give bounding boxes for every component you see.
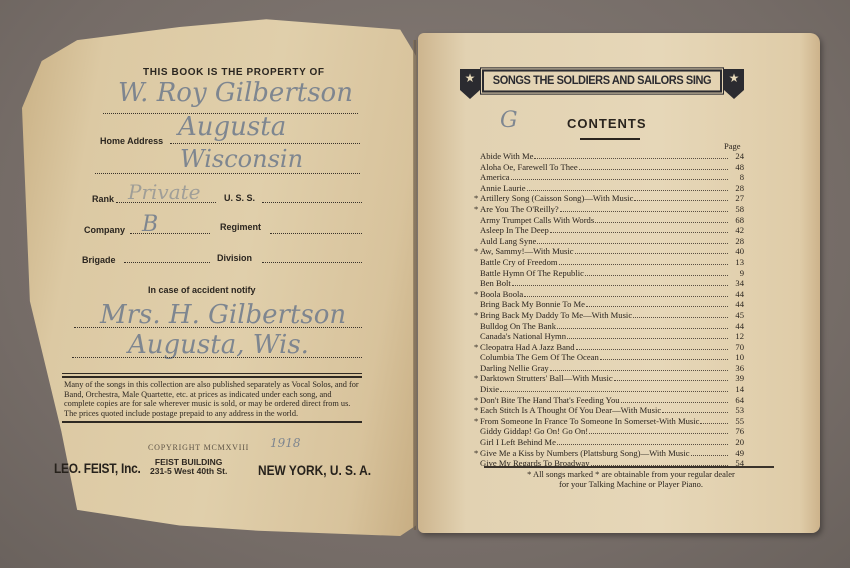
division-label: Division — [217, 253, 252, 263]
dot-leader — [557, 444, 728, 445]
song-page-number: 8 — [730, 172, 744, 183]
song-page-number: 39 — [730, 373, 744, 384]
contents-entry: Giddy Giddap! Go On! Go On!76 — [474, 426, 744, 437]
song-page-number: 45 — [730, 310, 744, 321]
rank-handwriting: Private — [128, 180, 201, 204]
company-line — [130, 233, 210, 234]
building-address: 231-5 West 40th St. — [150, 467, 227, 476]
contents-entry: Girl I Left Behind Me20 — [474, 437, 744, 448]
song-page-number: 48 — [730, 162, 744, 173]
notify-name-line — [74, 327, 362, 328]
contents-heading: CONTENTS — [567, 116, 647, 131]
song-title: Cleopatra Had A Jazz Band — [480, 342, 575, 353]
dot-leader — [595, 222, 728, 223]
home-address-label: Home Address — [100, 136, 163, 146]
book-spine — [413, 40, 417, 530]
contents-entry: Asleep In The Deep42 — [474, 225, 744, 236]
dot-leader — [621, 402, 728, 403]
regiment-label: Regiment — [220, 222, 261, 232]
dot-leader — [579, 169, 728, 170]
song-title: Abide With Me — [480, 151, 533, 162]
year-handwriting: 1918 — [270, 436, 301, 450]
song-page-number: 42 — [730, 225, 744, 236]
publisher-building: FEIST BUILDING 231-5 West 40th St. — [150, 458, 227, 476]
dot-leader — [589, 433, 728, 434]
dot-leader — [614, 380, 728, 381]
dot-leader — [634, 200, 728, 201]
song-title: Asleep In The Deep — [480, 225, 549, 236]
home-address-line2-handwriting: Wisconsin — [180, 145, 303, 173]
song-page-number: 55 — [730, 416, 744, 427]
contents-entry: *Artillery Song (Caisson Song)—With Musi… — [474, 193, 744, 204]
dot-leader — [557, 328, 728, 329]
publisher-city: NEW YORK, U. S. A. — [258, 462, 371, 478]
contents-entry: Abide With Me24 — [474, 151, 744, 162]
pencil-mark: G — [500, 108, 518, 133]
contents-entry: *Darktown Strutters' Ball—With Music39 — [474, 373, 744, 384]
song-page-number: 27 — [730, 193, 744, 204]
song-page-number: 40 — [730, 246, 744, 257]
song-title: Battle Cry of Freedom — [480, 257, 558, 268]
home-address-line1 — [170, 143, 360, 144]
song-page-number: 68 — [730, 215, 744, 226]
dot-leader — [633, 317, 728, 318]
contents-entry: Canada's National Hymn12 — [474, 331, 744, 342]
song-title: Bring Back My Daddy To Me—With Music — [480, 310, 632, 321]
uss-label: U. S. S. — [224, 193, 255, 203]
dot-leader — [511, 179, 728, 180]
song-page-number: 9 — [730, 268, 744, 279]
rank-line — [116, 202, 216, 203]
song-title: Aw, Sammy!—With Music — [480, 246, 574, 257]
dot-leader — [691, 455, 728, 456]
contents-entry: *Give Me a Kiss by Numbers (Plattsburg S… — [474, 448, 744, 459]
rank-label: Rank — [92, 194, 114, 204]
song-page-number: 10 — [730, 352, 744, 363]
contents-entry: *Bring Back My Daddy To Me—With Music45 — [474, 310, 744, 321]
dot-leader — [500, 391, 728, 392]
dot-leader — [575, 253, 728, 254]
brigade-label: Brigade — [82, 255, 116, 265]
song-title: Bulldog On The Bank — [480, 321, 556, 332]
dot-leader — [662, 412, 728, 413]
contents-entry: *Aw, Sammy!—With Music40 — [474, 246, 744, 257]
song-title: Giddy Giddap! Go On! Go On! — [480, 426, 588, 437]
song-page-number: 44 — [730, 299, 744, 310]
contents-footnote: * All songs marked * are obtainable from… — [486, 470, 776, 489]
contents-entry: Auld Lang Syne28 — [474, 236, 744, 247]
contents-entry: Army Trumpet Calls With Words68 — [474, 215, 744, 226]
contents-entry: *Cleopatra Had A Jazz Band70 — [474, 342, 744, 353]
publication-notice: Many of the songs in this collection are… — [62, 376, 362, 423]
book-title-banner: ★ SONGS THE SOLDIERS AND SAILORS SING ★ — [460, 69, 744, 93]
contents-entry: *From Someone In France To Someone In So… — [474, 416, 744, 427]
dot-leader — [537, 243, 728, 244]
dot-leader — [524, 296, 728, 297]
song-page-number: 12 — [730, 331, 744, 342]
home-address-line2 — [95, 173, 360, 174]
song-page-number: 20 — [730, 437, 744, 448]
dot-leader — [576, 349, 728, 350]
notify-name-handwriting: Mrs. H. Gilbertson — [100, 300, 346, 330]
division-line — [262, 262, 362, 263]
song-title: Don't Bite The Hand That's Feeding You — [480, 395, 620, 406]
song-title: Annie Laurie — [480, 183, 526, 194]
song-page-number: 70 — [730, 342, 744, 353]
dot-leader — [527, 190, 728, 191]
dot-leader — [512, 285, 728, 286]
property-heading: THIS BOOK IS THE PROPERTY OF — [143, 67, 325, 78]
song-title: Boola Boola — [480, 289, 523, 300]
song-title: Dixie — [480, 384, 499, 395]
notify-address-line — [72, 357, 362, 358]
contents-entry: Battle Hymn Of The Republic9 — [474, 268, 744, 279]
dot-leader — [534, 158, 728, 159]
song-page-number: 34 — [730, 278, 744, 289]
dot-leader — [585, 275, 728, 276]
song-title: Artillery Song (Caisson Song)—With Music — [480, 193, 633, 204]
song-title: Darktown Strutters' Ball—With Music — [480, 373, 613, 384]
dot-leader — [600, 359, 728, 360]
song-page-number: 64 — [730, 395, 744, 406]
contents-entry: *Each Stitch Is A Thought Of You Dear—Wi… — [474, 405, 744, 416]
song-title: Girl I Left Behind Me — [480, 437, 556, 448]
song-page-number: 76 — [730, 426, 744, 437]
song-page-number: 28 — [730, 183, 744, 194]
song-page-number: 13 — [730, 257, 744, 268]
song-page-number: 53 — [730, 405, 744, 416]
contents-bottom-rule — [484, 466, 774, 468]
contents-entry: Bring Back My Bonnie To Me44 — [474, 299, 744, 310]
book-title: SONGS THE SOLDIERS AND SAILORS SING — [482, 69, 722, 92]
contents-entry: Aloha Oe, Farewell To Thee48 — [474, 162, 744, 173]
contents-divider — [580, 138, 640, 140]
brigade-line — [124, 262, 210, 263]
dot-leader — [550, 370, 728, 371]
accident-notify-heading: In case of accident notify — [148, 285, 256, 295]
song-title: Battle Hymn Of The Republic — [480, 268, 584, 279]
regiment-line — [270, 233, 362, 234]
song-title: From Someone In France To Someone In Som… — [480, 416, 699, 427]
owner-name-handwriting: W. Roy Gilbertson — [118, 78, 353, 108]
song-page-number: 24 — [730, 151, 744, 162]
song-title: Ben Bolt — [480, 278, 511, 289]
song-title: Bring Back My Bonnie To Me — [480, 299, 585, 310]
contents-entry: Annie Laurie28 — [474, 183, 744, 194]
song-title: Darling Nellie Gray — [480, 363, 549, 374]
contents-entry: Ben Bolt34 — [474, 278, 744, 289]
song-title: Columbia The Gem Of The Ocean — [480, 352, 599, 363]
song-title: Are You The O'Reilly? — [480, 204, 559, 215]
page-column-header: Page — [724, 141, 741, 151]
publisher-name: LEO. FEIST, Inc. — [54, 460, 141, 476]
contents-entry: *Are You The O'Reilly?58 — [474, 204, 744, 215]
contents-entry: Columbia The Gem Of The Ocean10 — [474, 352, 744, 363]
song-page-number: 58 — [730, 204, 744, 215]
notify-address-handwriting: Augusta, Wis. — [128, 330, 309, 360]
contents-entry: *Don't Bite The Hand That's Feeding You6… — [474, 395, 744, 406]
dot-leader — [550, 232, 728, 233]
song-page-number: 28 — [730, 236, 744, 247]
song-page-number: 44 — [730, 321, 744, 332]
contents-entry: *Boola Boola44 — [474, 289, 744, 300]
contents-entry: America8 — [474, 172, 744, 183]
song-title: Aloha Oe, Farewell To Thee — [480, 162, 578, 173]
song-title: Army Trumpet Calls With Words — [480, 215, 594, 226]
song-title: Give Me a Kiss by Numbers (Plattsburg So… — [480, 448, 690, 459]
contents-entry: Bulldog On The Bank44 — [474, 321, 744, 332]
dot-leader — [586, 306, 728, 307]
uss-line — [262, 202, 362, 203]
song-title: America — [480, 172, 510, 183]
dot-leader — [700, 423, 728, 424]
contents-entry: Dixie14 — [474, 384, 744, 395]
dot-leader — [560, 211, 728, 212]
company-label: Company — [84, 225, 125, 235]
song-page-number: 44 — [730, 289, 744, 300]
home-address-line1-handwriting: Augusta — [178, 112, 286, 142]
song-page-number: 49 — [730, 448, 744, 459]
song-title: Canada's National Hymn — [480, 331, 566, 342]
dot-leader — [559, 264, 728, 265]
footnote-line-2: for your Talking Machine or Player Piano… — [486, 480, 776, 490]
song-page-number: 14 — [730, 384, 744, 395]
dot-leader — [567, 338, 728, 339]
contents-entry: Darling Nellie Gray36 — [474, 363, 744, 374]
table-of-contents: Abide With Me24Aloha Oe, Farewell To The… — [474, 151, 744, 469]
song-page-number: 36 — [730, 363, 744, 374]
song-title: Each Stitch Is A Thought Of You Dear—Wit… — [480, 405, 661, 416]
contents-entry: Battle Cry of Freedom13 — [474, 257, 744, 268]
song-title: Auld Lang Syne — [480, 236, 536, 247]
copyright-line: COPYRIGHT MCMXVIII — [148, 443, 249, 452]
